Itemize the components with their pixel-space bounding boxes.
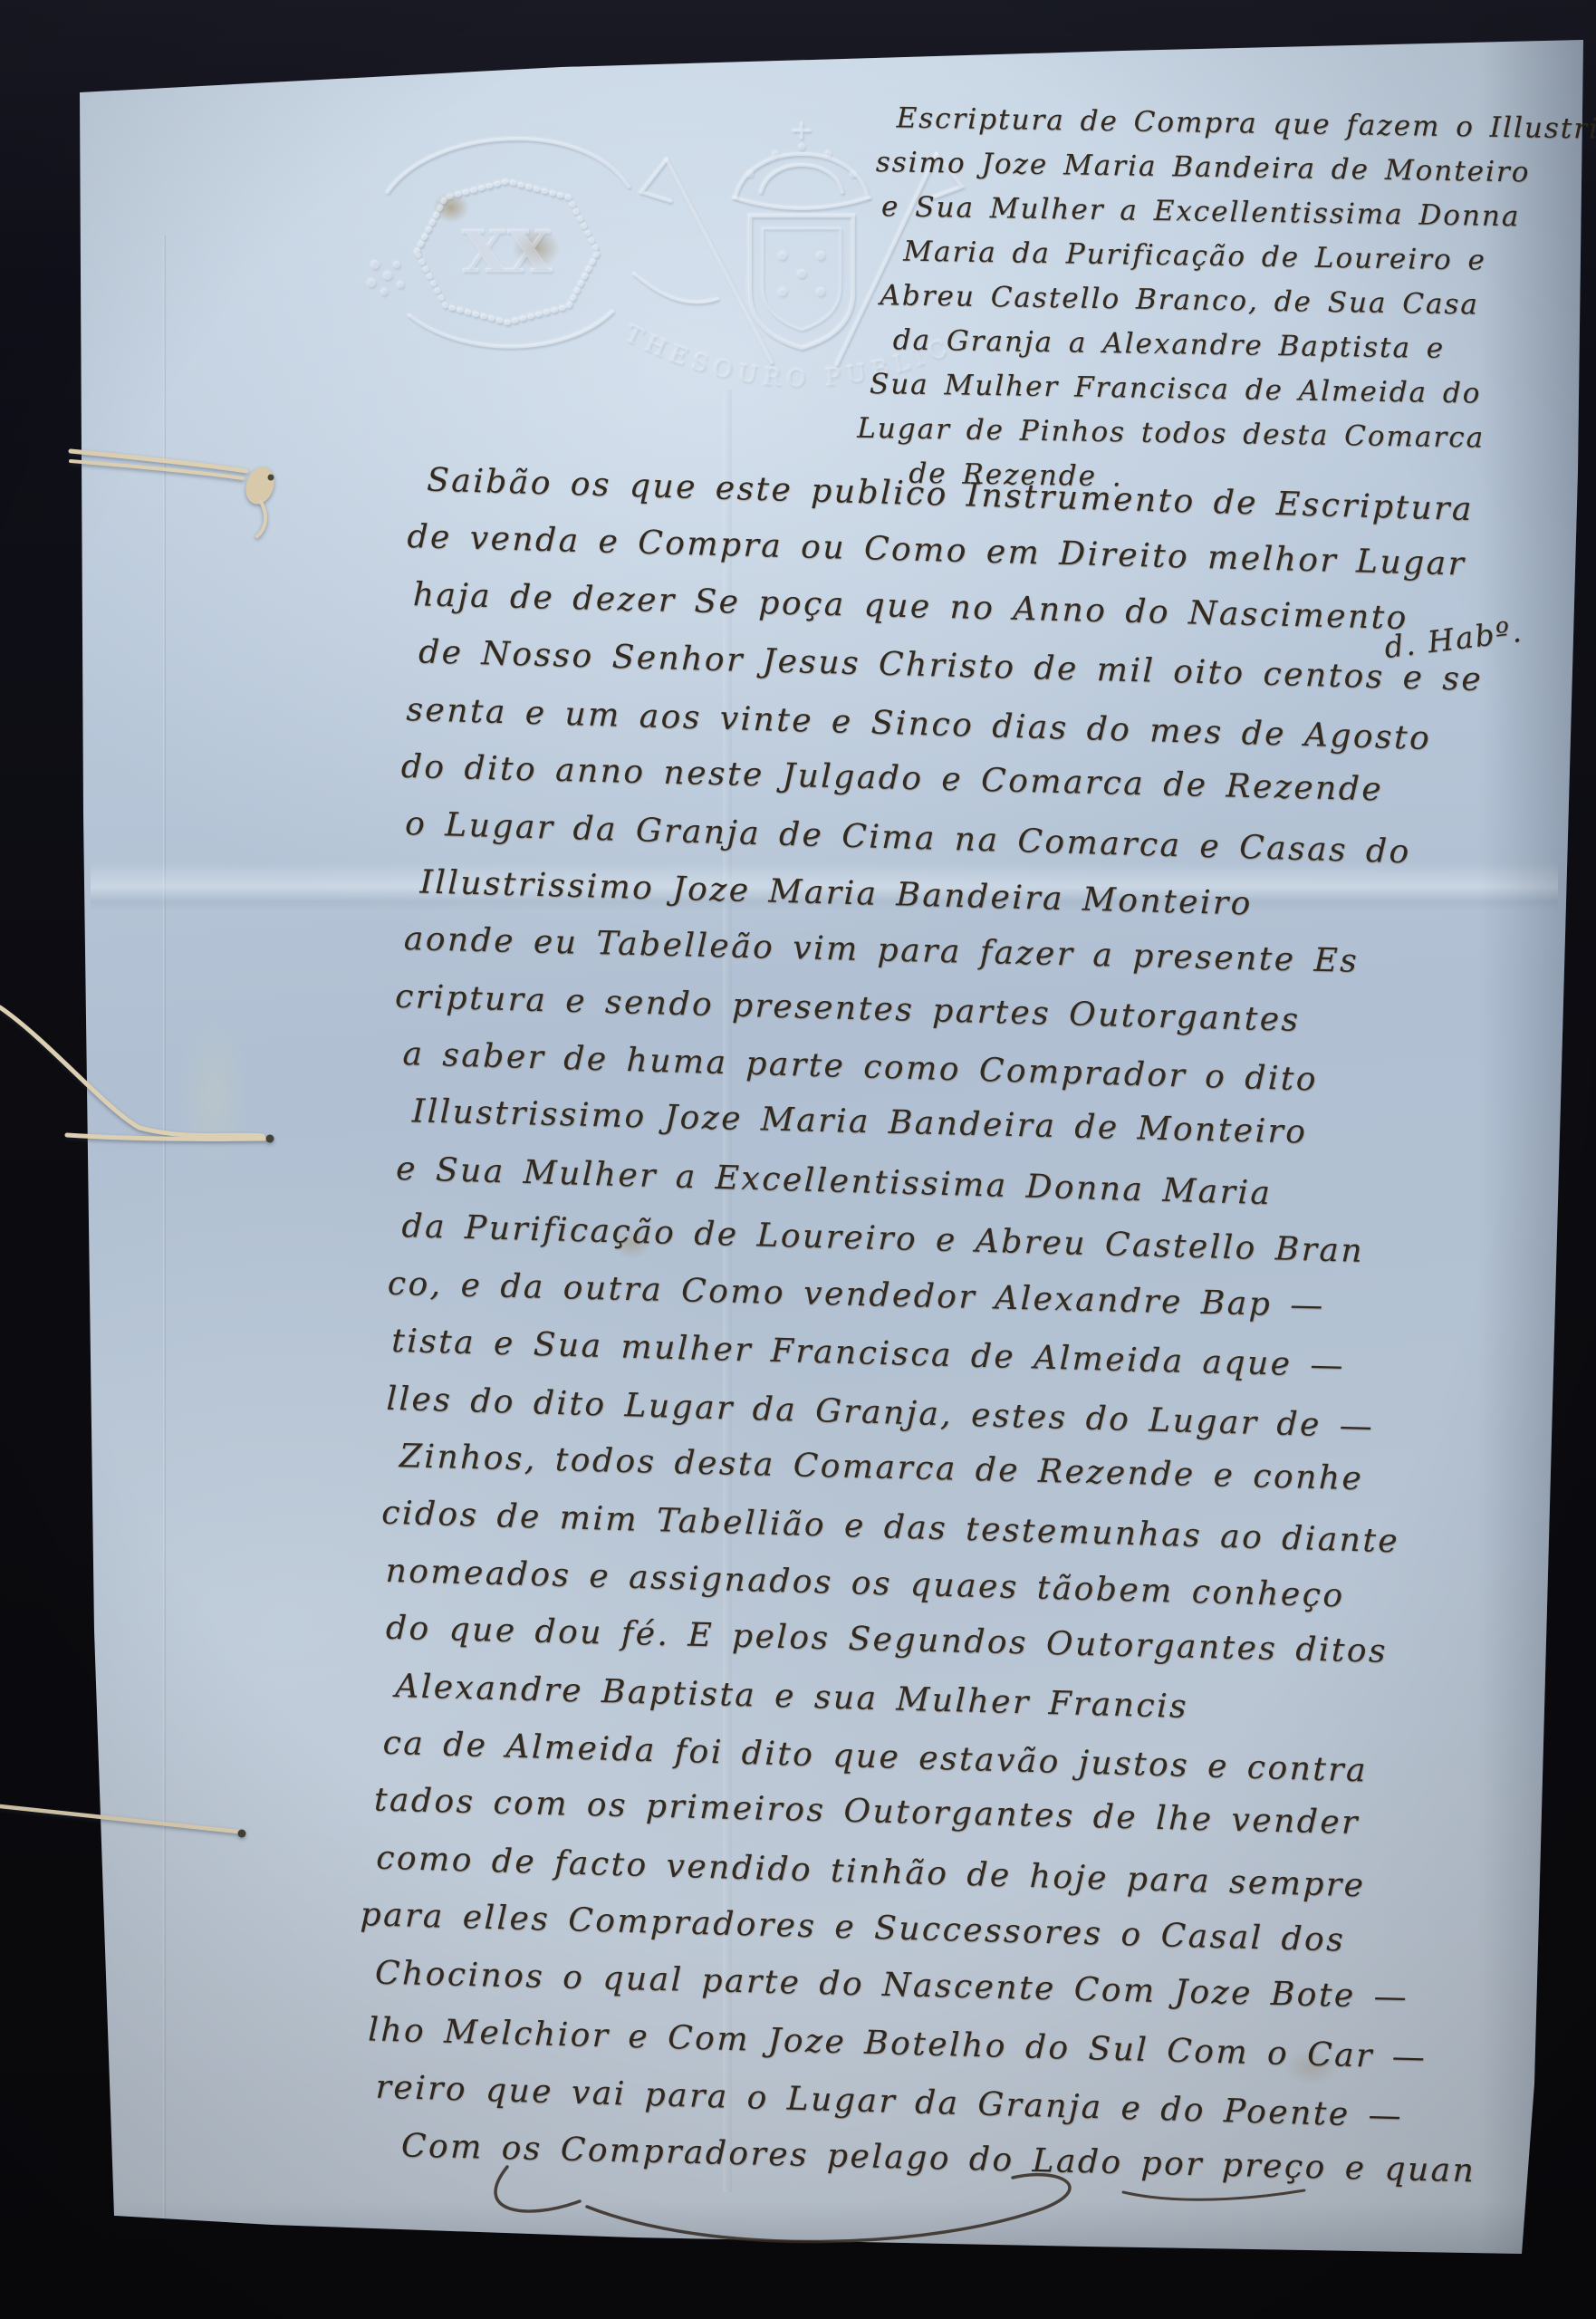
bottom-edge-shadow [0, 2201, 1596, 2283]
header-text-block: Escriptura de Compra que fazem o Illustr… [865, 96, 1596, 507]
body-text-block: Saibão os que este publico Instrumento d… [364, 451, 1477, 2201]
vertical-fold-crease [163, 236, 166, 2219]
ink-stain [433, 192, 469, 223]
paper-discoloration [178, 1015, 250, 1178]
photo-stage: XX [0, 0, 1596, 2319]
ink-stain [513, 228, 560, 268]
